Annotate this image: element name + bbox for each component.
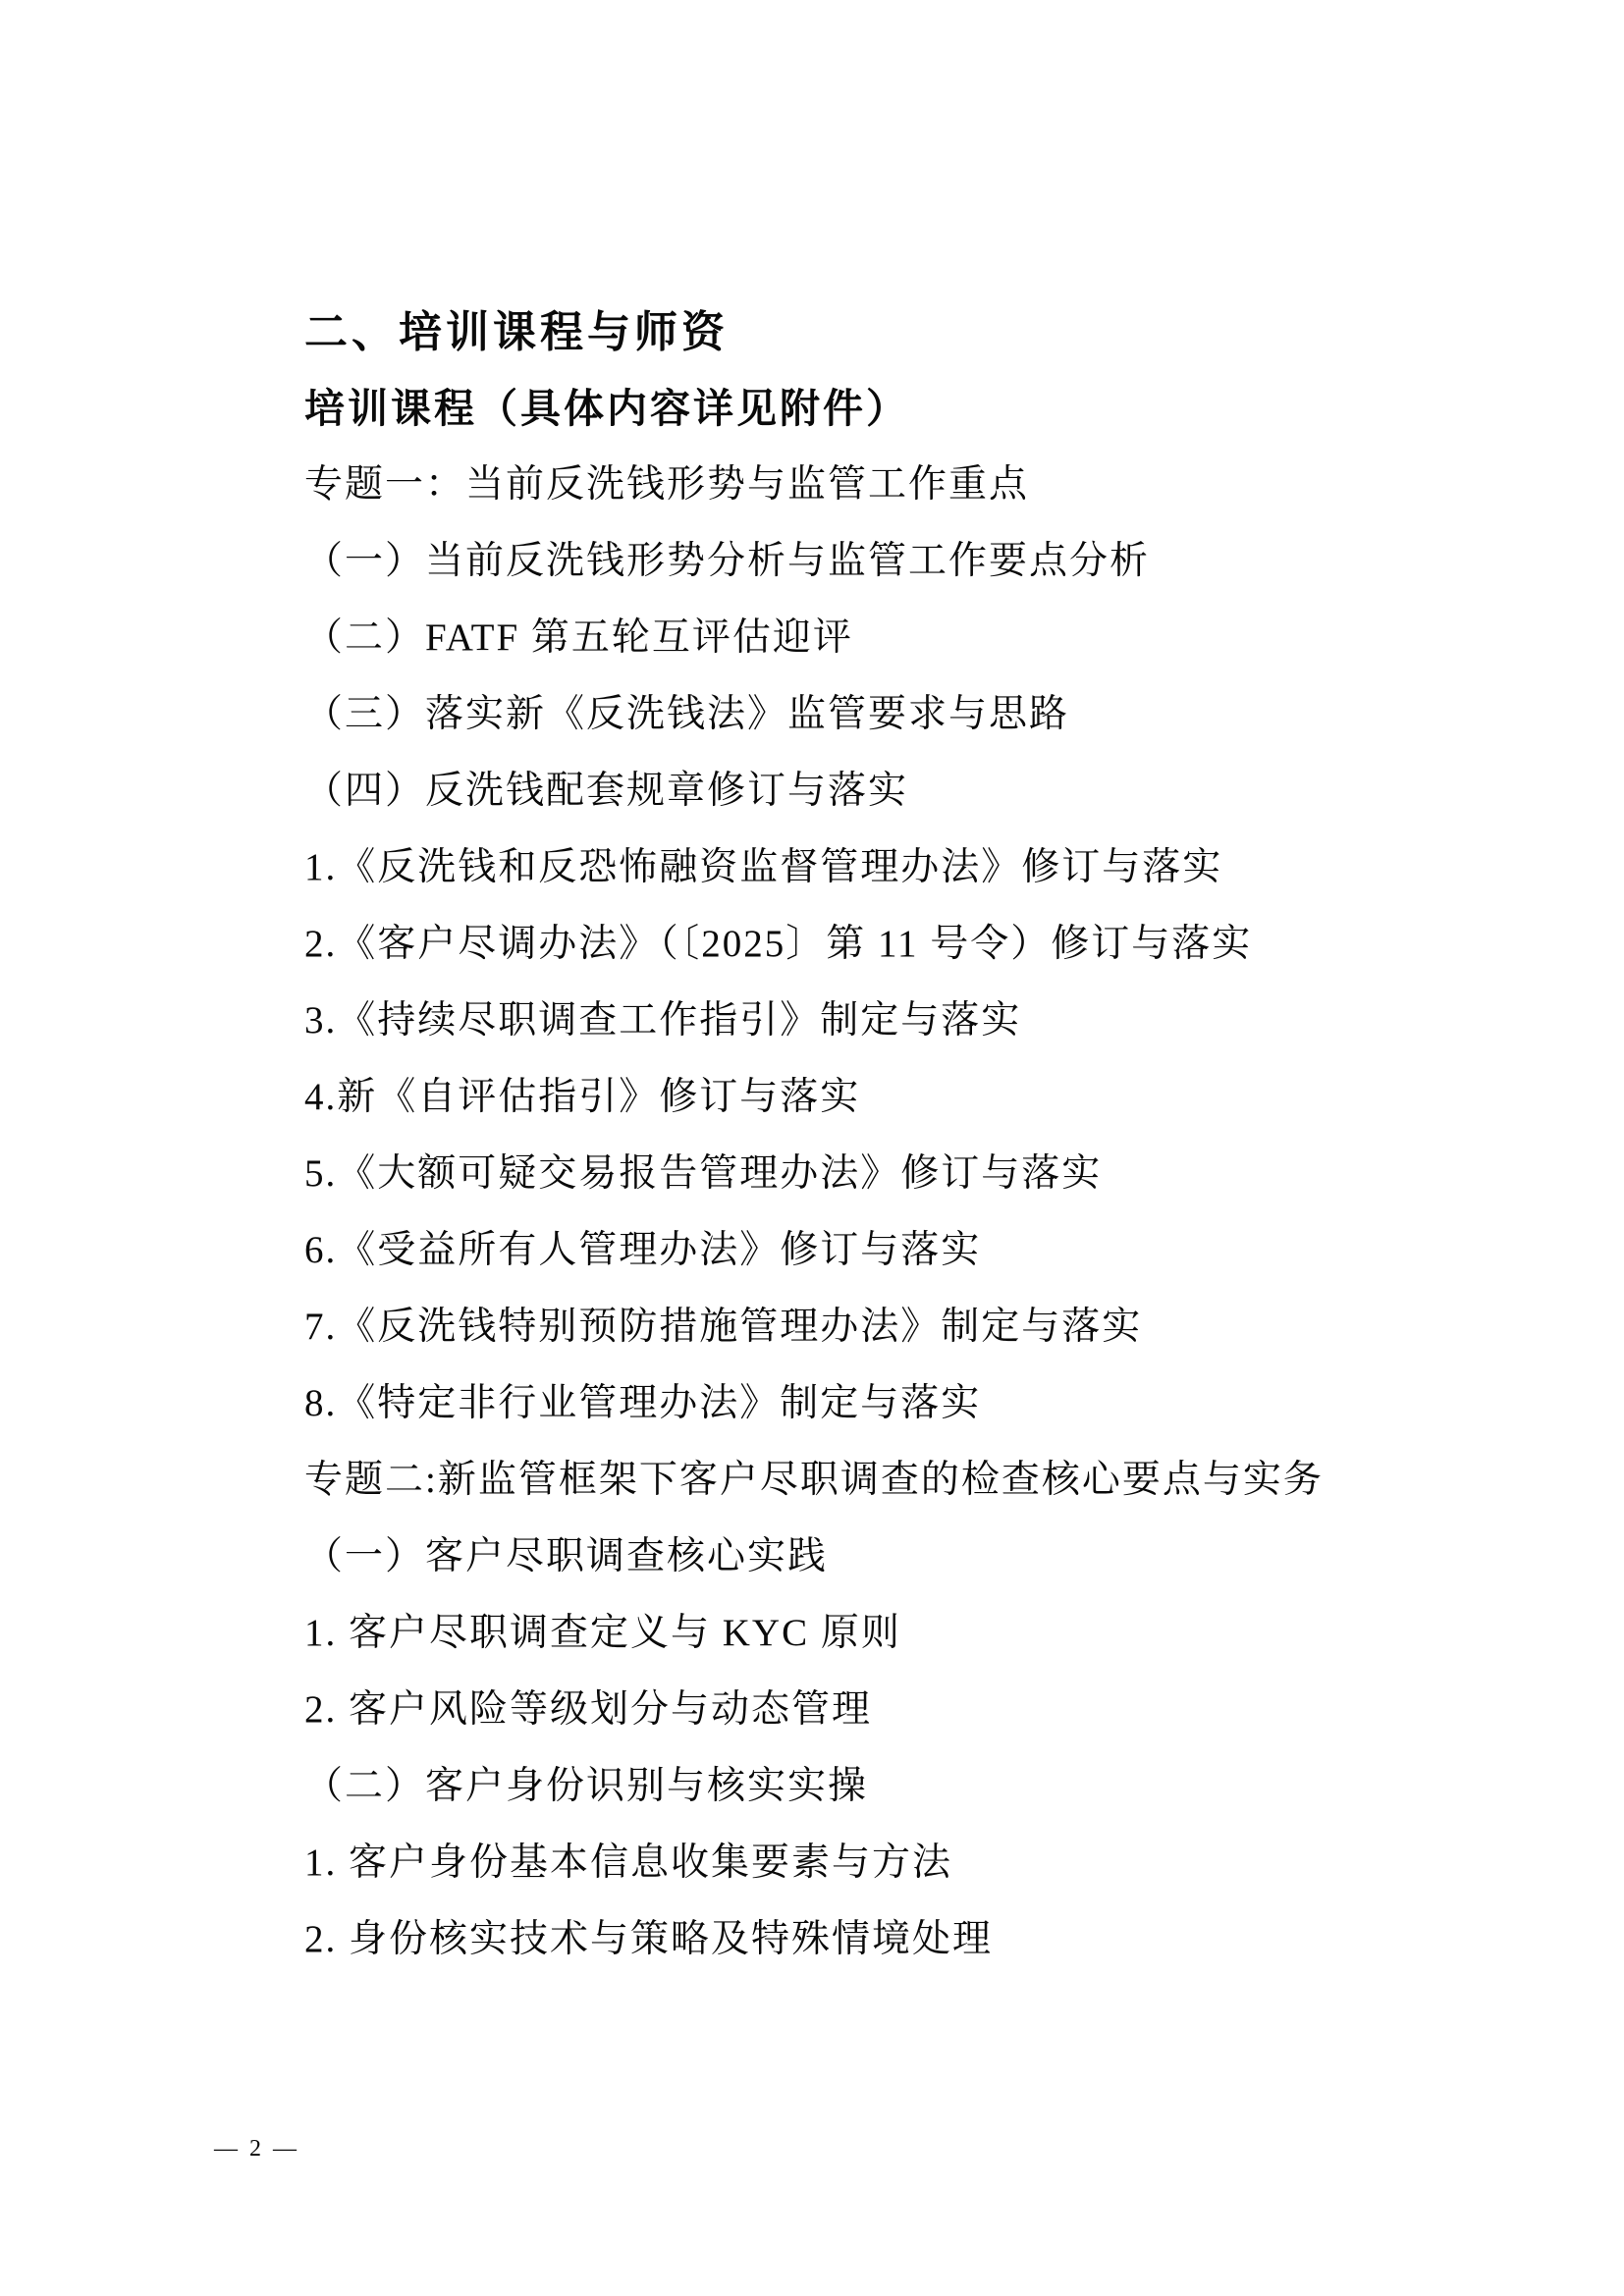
regulation-item-6: 6.《受益所有人管理办法》修订与落实: [304, 1208, 1536, 1285]
subsection-heading: 培训课程（具体内容详见附件）: [304, 366, 1536, 443]
topic-2-section-2-item-1: 1. 客户身份基本信息收集要素与方法: [304, 1821, 1536, 1897]
document-body: 二、培训课程与师资 培训课程（具体内容详见附件） 专题一：当前反洗钱形势与监管工…: [304, 290, 1536, 1974]
regulation-item-4: 4.新《自评估指引》修订与落实: [304, 1055, 1536, 1132]
topic-2-section-2-item-2: 2. 身份核实技术与策略及特殊情境处理: [304, 1897, 1536, 1974]
topic-1-item-2: （二）FATF 第五轮互评估迎评: [304, 596, 1536, 672]
topic-2-section-1-item-1: 1. 客户尽职调查定义与 KYC 原则: [304, 1591, 1536, 1668]
topic-1-heading: 专题一：当前反洗钱形势与监管工作重点: [304, 443, 1536, 519]
regulation-item-2: 2.《客户尽调办法》（〔2025〕第 11 号令）修订与落实: [304, 902, 1536, 979]
regulation-item-7: 7.《反洗钱特别预防措施管理办法》制定与落实: [304, 1285, 1536, 1362]
document-page: 二、培训课程与师资 培训课程（具体内容详见附件） 专题一：当前反洗钱形势与监管工…: [0, 0, 1624, 2296]
topic-2-section-2: （二）客户身份识别与核实实操: [304, 1744, 1536, 1821]
regulation-item-1: 1.《反洗钱和反恐怖融资监督管理办法》修订与落实: [304, 826, 1536, 902]
topic-1-item-1: （一）当前反洗钱形势分析与监管工作要点分析: [304, 519, 1536, 596]
topic-2-heading: 专题二:新监管框架下客户尽职调查的检查核心要点与实务: [304, 1438, 1536, 1515]
regulation-item-3: 3.《持续尽职调查工作指引》制定与落实: [304, 979, 1536, 1055]
section-heading: 二、培训课程与师资: [304, 290, 1536, 366]
page-number: — 2 —: [214, 2136, 299, 2163]
topic-1-item-4: （四）反洗钱配套规章修订与落实: [304, 749, 1536, 826]
topic-2-section-1-item-2: 2. 客户风险等级划分与动态管理: [304, 1668, 1536, 1744]
topic-1-item-3: （三）落实新《反洗钱法》监管要求与思路: [304, 672, 1536, 749]
regulation-item-8: 8.《特定非行业管理办法》制定与落实: [304, 1362, 1536, 1438]
regulation-item-5: 5.《大额可疑交易报告管理办法》修订与落实: [304, 1132, 1536, 1208]
topic-2-section-1: （一）客户尽职调查核心实践: [304, 1515, 1536, 1591]
